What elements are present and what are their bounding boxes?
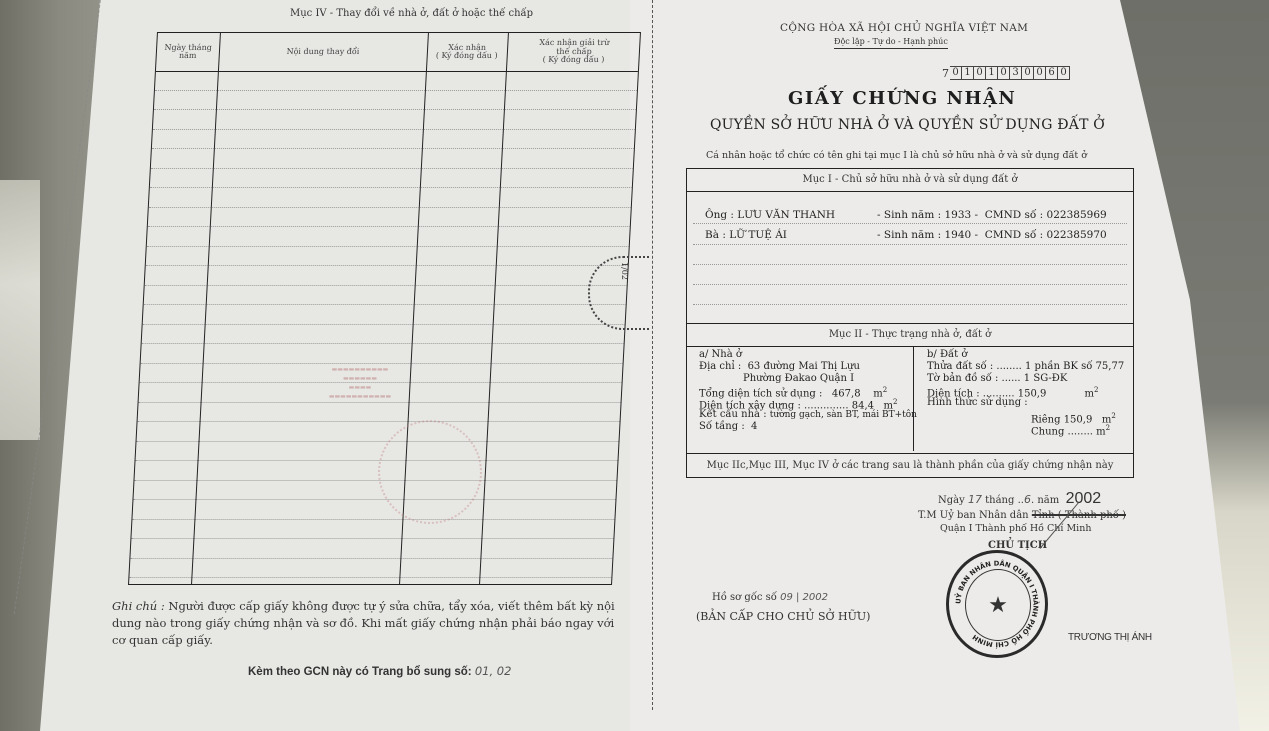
serial-digit: 3	[1010, 66, 1022, 80]
land-parcel: Thửa đất số : ........ 1 phần BK số 75,7…	[927, 361, 1124, 373]
authority-prefix: T.M Uỷ ban Nhân dân	[918, 510, 1029, 521]
changes-table-body	[129, 71, 638, 584]
day-value: 17	[968, 493, 982, 506]
owner-birth-year: - Sinh năm : 1933 -	[877, 209, 978, 221]
land-map: Tờ bản đồ số : ...... 1 SG-ĐK	[927, 373, 1067, 385]
address-label: Địa chỉ :	[699, 361, 741, 372]
col-content-header: Nội dung thay đổi	[218, 33, 428, 71]
table-row	[134, 461, 617, 481]
parcel-value: 1 phần BK số 75,77	[1025, 361, 1124, 372]
margin-seal-number: 1/02	[620, 262, 629, 280]
table-row	[131, 520, 614, 540]
house-address-line2: Phường Đakao Quận I	[743, 373, 854, 385]
official-seal: UỶ BAN NHÂN DÂN QUẬN I THÀNH PHỐ HỒ CHÍ …	[946, 550, 1048, 658]
serial-digit: 1	[986, 66, 998, 80]
col-date-header: Ngày tháng năm	[156, 33, 220, 71]
changes-table-header: Ngày tháng năm Nội dung thay đổi Xác nhậ…	[156, 33, 640, 72]
year-value: 2002	[1066, 490, 1102, 507]
table-row	[148, 208, 631, 228]
map-value: 1 SG-ĐK	[1024, 373, 1068, 384]
dotted-line	[693, 264, 1127, 265]
floors-label: Số tầng :	[699, 421, 745, 432]
table-row	[155, 71, 638, 91]
unit: m	[1085, 388, 1094, 399]
dotted-line	[693, 223, 1127, 224]
month-label: tháng	[985, 495, 1014, 506]
serial-digit: 6	[1046, 66, 1058, 80]
table-row	[153, 110, 636, 130]
unit: m	[1096, 426, 1105, 437]
table-row	[132, 500, 615, 520]
table-row	[154, 91, 637, 111]
structure-label: Kết cấu nhà :	[699, 409, 767, 420]
note-text: Người được cấp giấy không được tự ý sửa …	[112, 599, 615, 647]
year-label: năm	[1037, 495, 1059, 506]
parcel-label: Thửa đất số :	[927, 361, 993, 372]
table-row	[137, 422, 620, 442]
house-address: Địa chỉ : 63 đường Mai Thị Lựu	[699, 361, 860, 373]
serial-digit: 0	[1058, 66, 1070, 80]
map-label: Tờ bản đồ số :	[927, 373, 998, 384]
certificate-serial: 7 0 1 0 1 0 3 0 0 6 0	[942, 66, 1070, 80]
table-row	[147, 227, 630, 247]
file-label: Hồ sơ gốc số	[712, 592, 777, 603]
owner-row: Bà : LỮ TUỆ ÁI - Sinh năm : 1940 - CMND …	[705, 229, 787, 241]
owner-id-number: CMND số : 022385969	[985, 209, 1107, 221]
table-row	[141, 344, 624, 364]
table-row	[152, 130, 635, 150]
section-2-divider	[913, 347, 914, 451]
usage-note: Ghi chú : Người được cấp giấy không được…	[112, 598, 617, 649]
copy-note: (BẢN CẤP CHO CHỦ SỞ HỮU)	[696, 610, 870, 623]
table-row	[135, 442, 618, 462]
note-label: Ghi chú :	[112, 599, 165, 613]
house-structure: Kết cấu nhà : tường gạch, sàn BT, mái BT…	[699, 409, 917, 422]
col-confirm-header: Xác nhận ( Ký đóng dấu )	[426, 33, 508, 71]
serial-digit: 0	[950, 66, 962, 80]
dotted-line	[693, 244, 1127, 245]
certificate-intro: Cá nhân hoặc tổ chức có tên ghi tại mục …	[706, 150, 1087, 161]
file-value: 09 | 2002	[780, 592, 828, 603]
attachment-label: Kèm theo GCN này có Trang bổ sung số:	[248, 666, 472, 678]
certificate-title: GIẤY CHỨNG NHẬN	[788, 88, 1016, 109]
structure-value: tường gạch, sàn BT, mái BT+tôn	[770, 410, 917, 420]
month-value: 6	[1024, 493, 1031, 506]
address-line1: 63 đường Mai Thị Lựu	[748, 361, 860, 372]
serial-digit: 0	[974, 66, 986, 80]
certificate-subtitle: QUYỀN SỞ HỮU NHÀ Ở VÀ QUYỀN SỬ DỤNG ĐẤT …	[710, 117, 1105, 133]
owner-id-number: CMND số : 022385970	[985, 229, 1107, 241]
faint-bleed-through-text: ▬▬▬▬▬▬▬▬▬▬▬▬▬▬▬▬▬▬▬▬▬▬▬▬▬▬▬▬▬▬▬	[285, 365, 435, 401]
certificate-details-box: Mục I - Chủ sở hữu nhà ở và sử dụng đất …	[686, 168, 1134, 478]
background-light	[0, 180, 40, 440]
national-title: CỘNG HÒA XÃ HỘI CHỦ NGHĨA VIỆT NAM	[780, 22, 1028, 34]
section-2-title: Mục II - Thực trạng nhà ở, đất ở	[687, 323, 1133, 347]
dotted-line	[693, 284, 1127, 285]
section-4-title: Mục IV - Thay đổi về nhà ở, đất ở hoặc t…	[290, 8, 533, 19]
owner-birth-year: - Sinh năm : 1940 -	[877, 229, 978, 241]
table-row	[129, 559, 612, 579]
table-row	[143, 305, 626, 325]
floors-value: 4	[751, 421, 757, 432]
serial-prefix: 7	[942, 67, 949, 80]
table-row	[146, 247, 629, 267]
issuing-authority: T.M Uỷ ban Nhân dân Tỉnh ( Thành phố )	[918, 510, 1126, 521]
star-emblem-icon: ★	[965, 569, 1031, 641]
table-row	[144, 286, 627, 306]
table-row	[133, 481, 616, 501]
owner-details: - Sinh năm : 1933 - CMND số : 022385969	[877, 209, 1107, 221]
owner-name: Bà : LỮ TUỆ ÁI	[705, 229, 787, 241]
serial-digit: 1	[962, 66, 974, 80]
serial-digit: 0	[1034, 66, 1046, 80]
section-1-title: Mục I - Chủ sở hữu nhà ở và sử dụng đất …	[687, 169, 1133, 192]
land-usage: Hình thức sử dụng :	[927, 397, 1028, 409]
table-row	[150, 169, 633, 189]
owner-details: - Sinh năm : 1940 - CMND số : 022385970	[877, 229, 1107, 241]
table-row	[130, 539, 613, 559]
table-row	[151, 149, 634, 169]
faint-stamp-mark	[378, 420, 482, 524]
table-row	[142, 325, 625, 345]
land-shared: Chung ........ m2	[1031, 423, 1110, 438]
dotted-line	[693, 304, 1127, 305]
house-heading: a/ Nhà ở	[699, 349, 742, 361]
table-row	[149, 188, 632, 208]
national-motto: Độc lập - Tự do - Hạnh phúc	[834, 37, 948, 49]
original-file-number: Hồ sơ gốc số 09 | 2002	[712, 592, 828, 603]
authority-struck: Tỉnh ( Thành phố )	[1032, 510, 1126, 521]
col-release-header: Xác nhận giải trừ thế chấp ( Ký đóng dấu…	[506, 33, 642, 71]
table-row	[145, 266, 628, 286]
margin-seal-half	[588, 256, 650, 330]
shared-label: Chung	[1031, 426, 1064, 437]
house-floors: Số tầng : 4	[699, 421, 757, 433]
page-fold-line	[652, 0, 653, 710]
signer-name: TRƯƠNG THỊ ÁNH	[1068, 632, 1152, 643]
serial-digit: 0	[998, 66, 1010, 80]
owner-row: Ông : LƯU VĂN THANH - Sinh năm : 1933 - …	[705, 209, 835, 221]
table-row	[138, 403, 621, 423]
serial-digit: 0	[1022, 66, 1034, 80]
owner-name: Ông : LƯU VĂN THANH	[705, 209, 835, 221]
section-footer-note: Mục IIc,Mục III, Mục IV ở các trang sau …	[687, 453, 1133, 478]
changes-table: Ngày tháng năm Nội dung thay đổi Xác nhậ…	[128, 32, 641, 585]
land-heading: b/ Đất ở	[927, 349, 967, 361]
attachment-line: Kèm theo GCN này có Trang bổ sung số: 01…	[248, 664, 511, 678]
day-label: Ngày	[938, 495, 965, 506]
attachment-value: 01, 02	[475, 664, 512, 678]
issuing-district: Quận I Thành phố Hồ Chí Minh	[940, 523, 1091, 534]
